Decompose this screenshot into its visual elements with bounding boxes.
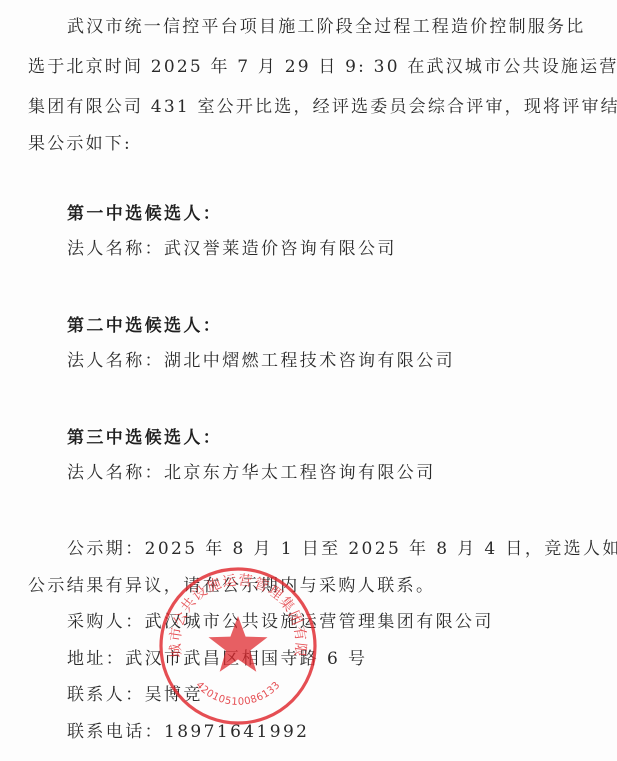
intro-line-1: 武汉市统一信控平台项目施工阶段全过程工程造价控制服务比 <box>67 16 585 38</box>
document-page: 武汉市统一信控平台项目施工阶段全过程工程造价控制服务比 选于北京时间 2025 … <box>0 0 617 761</box>
candidate-1-name: 法人名称：武汉誉莱造价咨询有限公司 <box>67 238 397 260</box>
intro-line-4: 果公示如下: <box>28 133 132 155</box>
intro-line-3: 集团有限公司 431 室公开比选，经评选委员会综合评审，现将评审结 <box>28 96 617 118</box>
address-line: 地址：武汉市武昌区相国寺路 6 号 <box>67 648 367 670</box>
notice-line-2: 公示结果有异议，请在公示期内与采购人联系。 <box>28 575 435 597</box>
candidate-2-name: 法人名称：湖北中熠燃工程技术咨询有限公司 <box>67 350 455 372</box>
contact-person-line: 联系人：吴博竞 <box>67 684 203 706</box>
candidate-2-heading: 第二中选候选人： <box>67 315 222 337</box>
seal-code-text: 42010510086133 <box>193 680 282 708</box>
purchaser-line: 采购人：武汉城市公共设施运营管理集团有限公司 <box>67 611 494 633</box>
intro-line-2: 选于北京时间 2025 年 7 月 29 日 9: 30 在武汉城市公共设施运营… <box>28 56 617 78</box>
candidate-1-heading: 第一中选候选人： <box>67 203 222 225</box>
candidate-3-heading: 第三中选候选人： <box>67 427 222 449</box>
notice-line-1: 公示期：2025 年 8 月 1 日至 2025 年 8 月 4 日，竞选人如对… <box>67 538 617 560</box>
candidate-3-name: 法人名称：北京东方华太工程咨询有限公司 <box>67 462 436 484</box>
phone-line: 联系电话：18971641992 <box>67 721 309 743</box>
